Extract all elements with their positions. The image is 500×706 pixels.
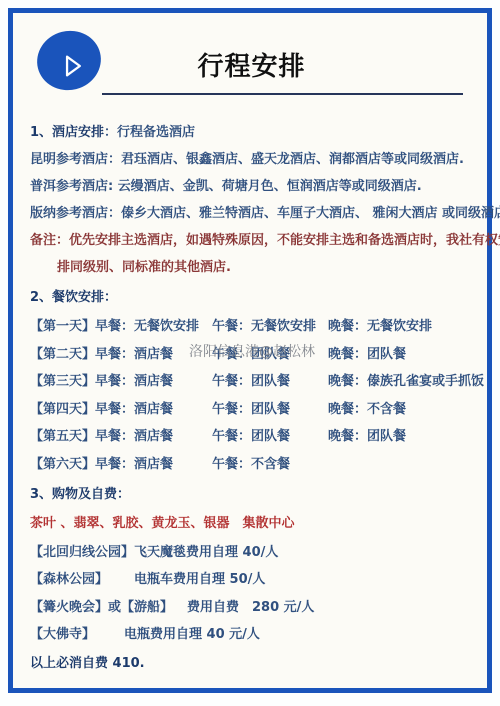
mandatory-self-pay-total: 以上必消自费 410. (30, 655, 473, 673)
meal-breakfast: 早餐：酒店餐 (95, 374, 173, 389)
shopping-stores-line: 茶叶 、翡翠、乳胶、黄龙玉、银器 集散中心 (30, 515, 473, 533)
meal-breakfast: 早餐：无餐饮安排 (95, 319, 199, 334)
meal-lunch: 午餐：不含餐 (212, 456, 328, 474)
meal-dinner: 晚餐：傣族孔雀宴或手抓饭 (328, 373, 484, 391)
meal-lunch: 午餐：无餐饮安排 (212, 318, 328, 336)
self-pay-list: 【北回归线公园】 飞天魔毯费用自理 40/人 【森林公园】 电瓶车费用自理 50… (30, 544, 473, 645)
meal-breakfast: 早餐：酒店餐 (95, 429, 173, 444)
meal-day: 【第三天】 (30, 374, 95, 389)
meal-dinner: 晚餐：不含餐 (328, 401, 473, 419)
meal-lunch: 午餐：团队餐 (212, 401, 328, 419)
meal-dinner: 晚餐：团队餐 (328, 428, 473, 446)
self-pay-name: 【森林公园】 (30, 571, 134, 589)
meal-day: 【第六天】 (30, 457, 95, 472)
meal-breakfast: 早餐：酒店餐 (95, 347, 173, 362)
hotel-note-line1: 备注：优先安排主选酒店，如遇特殊原因，不能安排主选和备选酒店时，我社有权安 (30, 232, 473, 250)
hotel-section-heading-line: 1、酒店安排：行程备选酒店 (30, 124, 473, 142)
hotel-section-subtitle: ：行程备选酒店 (104, 125, 195, 140)
hotel-note-line2: 排同级别、同标准的其他酒店. (30, 259, 473, 277)
self-pay-item-forest-park: 【森林公园】 电瓶车费用自理 50/人 (30, 571, 473, 589)
hotel-line-banna: 版纳参考酒店：傣乡大酒店、雅兰特酒店、车厘子大酒店、 雅闲大酒店 或同级酒店. (30, 205, 473, 223)
document-body: 1、酒店安排：行程备选酒店 昆明参考酒店：君珏酒店、银鑫酒店、盛天龙酒店、润都酒… (30, 124, 473, 673)
self-pay-name: 【北回归线公园】 (30, 544, 134, 562)
meal-day: 【第五天】 (30, 429, 95, 444)
meals-section-heading: 2、餐饮安排： (30, 289, 473, 307)
meal-row-day5: 【第五天】早餐：酒店餐 午餐：团队餐 晚餐：团队餐 (30, 428, 473, 446)
play-triangle-icon (56, 50, 88, 82)
meal-dinner (328, 456, 473, 474)
meal-day: 【第一天】 (30, 319, 95, 334)
meal-row-day4: 【第四天】早餐：酒店餐 午餐：团队餐 晚餐：不含餐 (30, 401, 473, 419)
self-pay-name: 【篝火晚会】或【游船】 (30, 599, 173, 617)
self-pay-detail: 费用自费 280 元/人 (187, 599, 314, 617)
self-pay-item-bonfire-or-boat: 【篝火晚会】或【游船】 费用自费 280 元/人 (30, 599, 473, 617)
meal-row-day6: 【第六天】早餐：酒店餐 午餐：不含餐 (30, 456, 473, 474)
meal-lunch: 午餐：团队餐 (212, 428, 328, 446)
meal-breakfast: 早餐：酒店餐 (95, 457, 173, 472)
self-pay-name: 【大佛寺】 (30, 626, 124, 644)
meal-dinner: 晚餐：团队餐 (328, 346, 473, 364)
header: 行程安排 (30, 21, 473, 107)
meal-row-day3: 【第三天】早餐：酒店餐 午餐：团队餐 晚餐：傣族孔雀宴或手抓饭 (30, 373, 473, 391)
self-pay-item-tropic-park: 【北回归线公园】 飞天魔毯费用自理 40/人 (30, 544, 473, 562)
self-pay-item-big-buddha-temple: 【大佛寺】 电瓶费用自理 40 元/人 (30, 626, 473, 644)
meal-lunch: 午餐：团队餐 (212, 373, 328, 391)
title-divider (102, 93, 463, 95)
self-pay-detail: 飞天魔毯费用自理 40/人 (134, 544, 278, 562)
hotel-line-kunming: 昆明参考酒店：君珏酒店、银鑫酒店、盛天龙酒店、润都酒店等或同级酒店. (30, 151, 473, 169)
meal-row-day1: 【第一天】早餐：无餐饮安排 午餐：无餐饮安排 晚餐：无餐饮安排 (30, 318, 473, 336)
shopping-section-heading: 3、购物及自费： (30, 486, 473, 504)
hotel-section-heading: 1、酒店安排 (30, 125, 104, 140)
meal-day: 【第四天】 (30, 402, 95, 417)
hotel-line-puer: 普洱参考酒店: 云缦酒店、金凯、荷塘月色、恒润酒店等或同级酒店. (30, 178, 473, 196)
itinerary-page: 行程安排 1、酒店安排：行程备选酒店 昆明参考酒店：君珏酒店、银鑫酒店、盛天龙酒… (0, 0, 500, 706)
meal-dinner: 晚餐：无餐饮安排 (328, 318, 473, 336)
meal-day: 【第二天】 (30, 347, 95, 362)
self-pay-detail: 电瓶车费用自理 50/人 (134, 571, 265, 589)
meal-breakfast: 早餐：酒店餐 (95, 402, 173, 417)
watermark: 洛阳信息港@赵松林 (189, 343, 315, 361)
self-pay-detail: 电瓶费用自理 40 元/人 (124, 626, 260, 644)
